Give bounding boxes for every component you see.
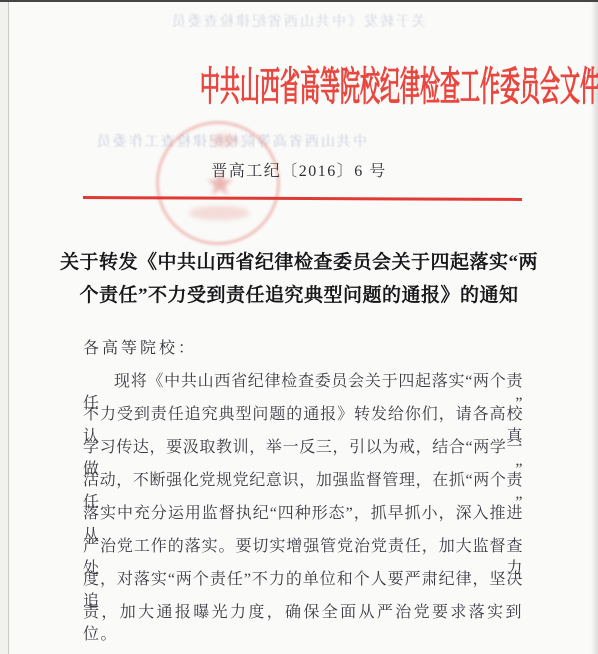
document-title-line-1: 关于转发《中共山西省纪律检查委员会关于四起落实“两 — [58, 246, 540, 279]
document-header: 中共山西省高等院校纪律检查工作委员会文件 — [0, 66, 598, 108]
body-line: 现将《中共山西省纪律检查委员会关于四起落实“两个责任” — [83, 371, 523, 404]
body-line: 责，加大通报曝光力度，确保全面从严治党要求落实到位。 — [83, 602, 523, 635]
issuing-organization-title: 中共山西省高等院校纪律检查工作委员会文件 — [200, 66, 598, 108]
document-title: 关于转发《中共山西省纪律检查委员会关于四起落实“两 个责任”不力受到责任追究典型… — [58, 246, 540, 312]
bleedthrough-text-top: 关于转发《中共山西省纪律检查委员会关于四起落实 — [168, 11, 426, 31]
body-line: 严治党工作的落实。要切实增强管党治党责任，加大监督查处力 — [83, 536, 523, 569]
salutation: 各高等院校： — [83, 335, 197, 358]
document-number: 晋高工纪〔2016〕6 号 — [0, 158, 598, 181]
official-stamp-icon: ★ — [156, 121, 280, 245]
header-divider-line — [83, 196, 522, 201]
bleedthrough-text-middle: 中共山西省高等院校纪律检查工作委员会 — [95, 131, 367, 151]
body-line: 活动，不断强化党规党纪意识，加强监督管理，在抓“两个责任” — [83, 470, 523, 503]
scanned-official-document: 关于转发《中共山西省纪律检查委员会关于四起落实 中共山西省高等院校纪律检查工作委… — [0, 0, 598, 654]
body-line: 学习传达，要汲取教训，举一反三，引以为戒，结合“两学一做” — [83, 437, 523, 470]
body-line: 度，对落实“两个责任”不力的单位和个人要严肃纪律，坚决追 — [83, 569, 523, 602]
scan-top-edge — [0, 0, 598, 2]
document-body: 现将《中共山西省纪律检查委员会关于四起落实“两个责任” 不力受到责任追究典型问题… — [83, 371, 523, 635]
stamp-ink-smudge — [211, 134, 237, 146]
stamp-ink-smudge — [189, 206, 249, 220]
document-title-line-2: 个责任”不力受到责任追究典型问题的通报》的通知 — [58, 279, 540, 312]
body-line: 落实中充分运用监督执纪“四种形态”，抓早抓小，深入推进从 — [83, 503, 523, 536]
body-line: 不力受到责任追究典型问题的通报》转发给你们，请各高校认真 — [83, 404, 523, 437]
